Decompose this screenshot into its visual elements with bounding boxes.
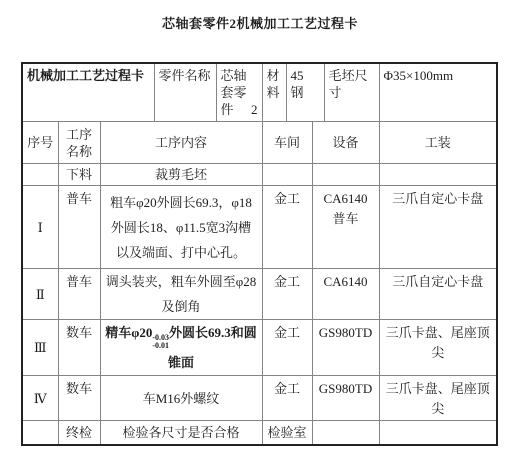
tooling-cell: 三爪卡盘、尾座顶尖 bbox=[379, 320, 497, 376]
table-row: Ⅰ 普车 粗车φ20外圆长69.3，φ18外圆长18、φ11.5宽3沟槽以及端面… bbox=[22, 186, 497, 269]
table-row: 终检 检验各尺寸是否合格 检验室 bbox=[22, 421, 497, 445]
card-title: 机械加工工艺过程卡 bbox=[22, 63, 154, 122]
seq-cell: Ⅳ bbox=[22, 376, 58, 421]
equipment-cell: GS980TD bbox=[312, 320, 379, 376]
process-content-cell: 调头装夹，粗车外圆至φ28及倒角 bbox=[100, 269, 262, 320]
seq-cell: Ⅰ bbox=[22, 186, 58, 269]
material-label: 材料 bbox=[262, 63, 286, 122]
equipment-cell: GS980TD bbox=[312, 376, 379, 421]
table-row: Ⅳ 数车 车M16外螺纹 金工 GS980TD 三爪卡盘、尾座顶尖 bbox=[22, 376, 497, 421]
process-name-cell: 普车 bbox=[58, 186, 100, 269]
tooling-cell: 三爪自定心卡盘 bbox=[379, 186, 497, 269]
process-name-cell: 终检 bbox=[58, 421, 100, 445]
equipment-cell bbox=[312, 164, 379, 186]
process-name-cell: 普车 bbox=[58, 269, 100, 320]
equipment-cell bbox=[312, 421, 379, 445]
tolerance-stack: -0.03-0.01 bbox=[152, 334, 169, 350]
seq-cell: Ⅱ bbox=[22, 269, 58, 320]
workshop-cell: 金工 bbox=[262, 186, 312, 269]
part-name-label: 零件名称 bbox=[154, 63, 216, 122]
process-content-cell: 裁剪毛坯 bbox=[100, 164, 262, 186]
equipment-cell: CA6140 bbox=[312, 269, 379, 320]
tolerance-lower: -0.01 bbox=[152, 342, 169, 350]
workshop-cell: 金工 bbox=[262, 320, 312, 376]
workshop-cell bbox=[262, 164, 312, 186]
workshop-cell: 金工 bbox=[262, 376, 312, 421]
seq-cell bbox=[22, 164, 58, 186]
page-title: 芯轴套零件2机械加工工艺过程卡 bbox=[0, 13, 520, 32]
seq-cell bbox=[22, 421, 58, 445]
seq-cell: Ⅲ bbox=[22, 320, 58, 376]
tooling-cell: 三爪卡盘、尾座顶尖 bbox=[379, 376, 497, 421]
tooling-cell bbox=[379, 164, 497, 186]
col-header-name: 工序名称 bbox=[58, 122, 100, 164]
col-header-equipment: 设备 bbox=[312, 122, 379, 164]
process-name-cell: 下料 bbox=[58, 164, 100, 186]
content-before: 精车φ20 bbox=[105, 325, 152, 340]
col-header-content: 工序内容 bbox=[100, 122, 262, 164]
col-header-seq: 序号 bbox=[22, 122, 58, 164]
workshop-cell: 金工 bbox=[262, 269, 312, 320]
equipment-cell: CA6140 普车 bbox=[312, 186, 379, 269]
process-card-table: 机械加工工艺过程卡 零件名称 芯轴套零件2 材料 45 钢 毛坯尺寸 Φ35×1… bbox=[21, 62, 498, 446]
table-row: Ⅱ 普车 调头装夹，粗车外圆至φ28及倒角 金工 CA6140 三爪自定心卡盘 bbox=[22, 269, 497, 320]
process-content-cell: 车M16外螺纹 bbox=[100, 376, 262, 421]
table-row: 下料 裁剪毛坯 bbox=[22, 164, 497, 186]
blank-size-label: 毛坯尺寸 bbox=[324, 63, 379, 122]
process-name-cell: 数车 bbox=[58, 320, 100, 376]
material-value: 45 钢 bbox=[286, 63, 324, 122]
tooling-cell bbox=[379, 421, 497, 445]
tooling-cell: 三爪自定心卡盘 bbox=[379, 269, 497, 320]
table-row: Ⅲ 数车 精车φ20-0.03-0.01外圆长69.3和圆锥面 金工 GS980… bbox=[22, 320, 497, 376]
process-name-cell: 数车 bbox=[58, 376, 100, 421]
part-name-value: 芯轴套零件2 bbox=[216, 63, 262, 122]
col-header-workshop: 车间 bbox=[262, 122, 312, 164]
process-content-cell: 精车φ20-0.03-0.01外圆长69.3和圆锥面 bbox=[100, 320, 262, 376]
col-header-tooling: 工装 bbox=[379, 122, 497, 164]
process-content-cell: 粗车φ20外圆长69.3，φ18外圆长18、φ11.5宽3沟槽以及端面、打中心孔… bbox=[100, 186, 262, 269]
blank-size-value: Φ35×100mm bbox=[379, 63, 497, 122]
content-after: 外圆长69.3和圆锥面 bbox=[168, 325, 257, 370]
workshop-cell: 检验室 bbox=[262, 421, 312, 445]
process-content-cell: 检验各尺寸是否合格 bbox=[100, 421, 262, 445]
